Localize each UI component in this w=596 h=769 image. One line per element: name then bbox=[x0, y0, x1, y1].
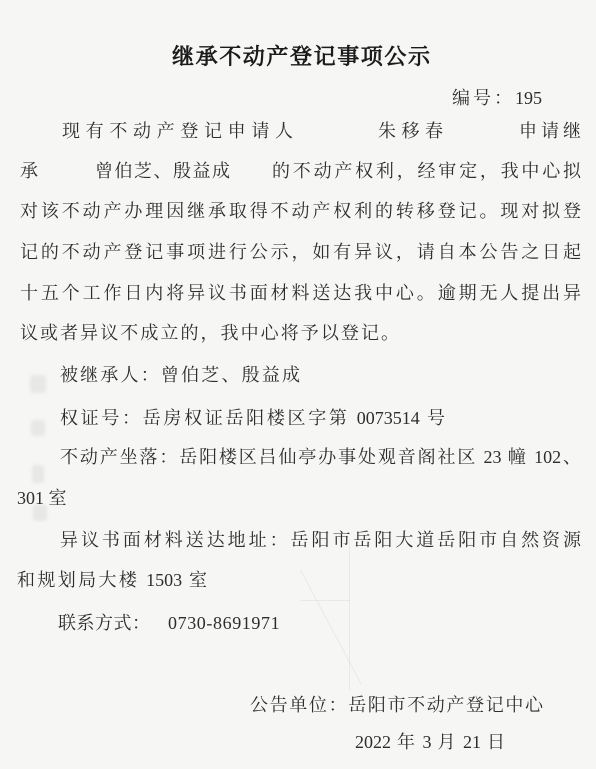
decedent-label: 被继承人： bbox=[60, 365, 161, 385]
body-line2-suffix: 的不动产权利，经审定，我中心拟 bbox=[272, 159, 581, 183]
bleed-through-mark bbox=[31, 420, 45, 436]
objection-address-label: 异议书面材料送达地址： bbox=[60, 530, 291, 550]
objection-address-continued: 和规划局大楼 1503 室 bbox=[17, 568, 207, 592]
notice-number: 编号：195 bbox=[452, 86, 542, 110]
applicant-name: 朱移春 bbox=[378, 119, 443, 143]
property-location-field: 不动产坐落：岳阳楼区吕仙亭办事处观音阁社区 23 幢 102、 bbox=[60, 445, 581, 469]
issuing-authority: 公告单位：岳阳市不动产登记中心 bbox=[250, 693, 543, 717]
body-line: 对该不动产办理因继承取得不动产权利的转移登记。现对拟登 bbox=[20, 199, 581, 223]
body-line: 记的不动产登记事项进行公示，如有异议，请自本公告之日起 bbox=[20, 240, 581, 264]
decedent-field: 被继承人：曾伯芝、殷益成 bbox=[60, 363, 300, 387]
body-line1-suffix: 申请继 bbox=[519, 119, 581, 143]
bleed-through-mark bbox=[32, 465, 44, 483]
contact-phone: 0730-8691971 bbox=[168, 611, 292, 635]
certificate-label: 权证号： bbox=[60, 408, 143, 428]
bleed-through-mark bbox=[30, 375, 46, 393]
contact-label: 联系方式： bbox=[58, 611, 150, 635]
property-location-continued: 301 室 bbox=[17, 486, 77, 510]
bleed-through-vertical-line bbox=[349, 540, 350, 690]
notice-date: 2022 年 3 月 21 日 bbox=[355, 730, 505, 754]
bleed-through-diagonal-line bbox=[300, 570, 362, 685]
scanned-notice-page: 继承不动产登记事项公示 编号：195 现有不动产登记申请人 朱移春 申请继 承 … bbox=[0, 0, 596, 769]
body-line2-prefix: 承 bbox=[20, 159, 40, 183]
decedent-names: 曾伯芝、殷益成 bbox=[95, 159, 230, 183]
body-line: 十五个工作日内将异议书面材料送达我中心。逾期无人提出异 bbox=[20, 281, 581, 305]
certificate-value: 岳房权证岳阳楼区字第 0073514 号 bbox=[143, 408, 445, 428]
bleed-through-horizontal-line bbox=[300, 600, 350, 601]
document-title: 继承不动产登记事项公示 bbox=[172, 44, 430, 72]
property-location-value: 岳阳楼区吕仙亭办事处观音阁社区 23 幢 102、 bbox=[179, 447, 581, 467]
property-location-label: 不动产坐落： bbox=[60, 447, 179, 467]
certificate-field: 权证号：岳房权证岳阳楼区字第 0073514 号 bbox=[60, 406, 445, 430]
objection-address-value: 岳阳市岳阳大道岳阳市自然资源 bbox=[291, 530, 581, 550]
body-line1-prefix: 现有不动产登记申请人 bbox=[62, 119, 293, 143]
objection-address-field: 异议书面材料送达地址：岳阳市岳阳大道岳阳市自然资源 bbox=[60, 528, 581, 552]
body-line: 议或者异议不成立的，我中心将予以登记。 bbox=[20, 321, 399, 345]
decedent-value: 曾伯芝、殷益成 bbox=[161, 365, 300, 385]
